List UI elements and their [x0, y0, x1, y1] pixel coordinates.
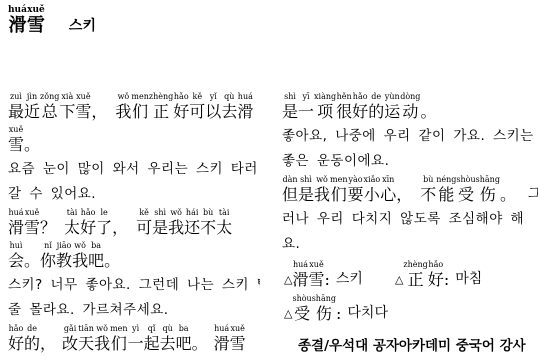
character-text: 教 [56, 250, 72, 271]
hanzi-with-pinyin: yào要 [348, 175, 364, 205]
character-text: 们 [330, 184, 347, 205]
punctuation: ， [40, 324, 56, 354]
character-text: 不 [420, 184, 436, 205]
hanzi-with-pinyin: nǐ你 [40, 241, 56, 271]
hanzi-with-pinyin: wǒ我 [115, 92, 131, 122]
punctuation: 。 [500, 175, 516, 205]
pinyin-annotation: huá [292, 260, 308, 269]
hanzi-with-pinyin: zuì最 [8, 92, 24, 122]
triangle-bullet-icon: △ [284, 294, 292, 324]
character-text: 动 [400, 101, 420, 122]
character-text: 伤 [312, 303, 336, 324]
pinyin-annotation: jiāo [56, 241, 72, 250]
character-text: 我 [94, 333, 110, 354]
pinyin-annotation: de [368, 92, 384, 101]
pinyin-annotation: xià [59, 92, 75, 101]
right-column: shì是yī一xiàng项hěn很hǎo好de的yùn运dòng动 。좋아요, … [282, 92, 538, 357]
pinyin-annotation: qù [221, 92, 237, 101]
character-text: 我 [168, 217, 184, 238]
two-column-text: zuì最jìn近zǒng总xià下xuě雪 ，wǒ我men们zhèng正hǎo好… [8, 92, 538, 357]
hanzi-with-pinyin: xuě雪 [8, 125, 24, 155]
character-text: 是 [298, 184, 314, 205]
character-text: 受 [292, 303, 311, 324]
chinese-line-2: xuě雪 。 [8, 125, 260, 155]
character-text: 雪 [27, 15, 45, 37]
pinyin-annotation: kě [189, 92, 205, 101]
pinyin-annotation: zhèng [149, 92, 173, 101]
character-text: 雪 [308, 269, 324, 290]
pinyin-annotation: dòng [400, 92, 420, 101]
character-text: 会 [8, 250, 24, 271]
pinyin-annotation [192, 324, 208, 333]
pinyin-annotation [444, 260, 449, 269]
pinyin-annotation: ba [88, 241, 104, 250]
character-text: 雪 [230, 333, 246, 354]
pinyin-annotation [24, 125, 40, 134]
hanzi-with-pinyin: wǒ我 [314, 175, 330, 205]
character-text: 太 [64, 217, 80, 238]
character-text: 近 [24, 101, 40, 122]
pinyin-annotation: hái [184, 208, 200, 217]
korean-text: 그 [528, 175, 538, 205]
vocab-line-2: △shòu受shāng伤 : 다치다 [282, 294, 538, 324]
character-text: 。 [24, 134, 40, 155]
pinyin-annotation: qǐ [144, 324, 160, 333]
hanzi-with-pinyin: hǎo好 [80, 208, 96, 238]
pinyin-annotation: yǐ [205, 92, 221, 101]
punctuation: 。 [24, 125, 40, 155]
hanzi-with-pinyin: zǒng总 [40, 92, 59, 122]
character-text: 不 [200, 217, 216, 238]
character-text: 好 [8, 333, 24, 354]
korean-line-3: 스키? 너무 좋아요. 그런데 나는 스키 탈 [8, 274, 260, 297]
character-text: 总 [40, 101, 59, 122]
hanzi-with-pinyin: hǎo好 [352, 92, 368, 122]
korean-line-8: 요. [282, 233, 538, 256]
hanzi-with-pinyin: hǎo好 [8, 324, 24, 354]
pinyin-annotation: gǎi [62, 324, 78, 333]
hanzi-with-pinyin: bù不 [420, 175, 436, 205]
hanzi-with-pinyin: xiǎo小 [364, 175, 381, 205]
character-text: 以 [205, 101, 221, 122]
pinyin-annotation [69, 5, 96, 15]
pinyin-annotation: wǒ [115, 92, 131, 101]
character-text: ， [396, 184, 412, 205]
pinyin-annotation [112, 208, 128, 217]
character-text: : [336, 303, 341, 324]
character-text: : [325, 269, 330, 290]
pinyin-annotation [500, 175, 516, 184]
hanzi-with-pinyin: men们 [330, 175, 347, 205]
pinyin-annotation: xuě [75, 92, 91, 101]
hanzi-with-pinyin: tài太 [64, 208, 80, 238]
character-text: 我 [314, 184, 330, 205]
character-text: 滑 [214, 333, 230, 354]
pinyin-annotation: zhèng [403, 260, 427, 269]
pinyin-annotation: qù [160, 324, 176, 333]
character-text: 去 [221, 101, 237, 122]
pinyin-annotation: hěn [336, 92, 352, 101]
punctuation: 。 [420, 92, 436, 122]
pinyin-annotation: wǒ [314, 175, 330, 184]
character-text: 可 [189, 101, 205, 122]
left-column: zuì最jìn近zǒng总xià下xuě雪 ，wǒ我men们zhèng正hǎo好… [8, 92, 260, 357]
pinyin-annotation: hǎo [80, 208, 96, 217]
character-text: 。 [500, 184, 516, 205]
pinyin-annotation: zǒng [40, 92, 59, 101]
pinyin-annotation: hǎo [428, 260, 444, 269]
character-text: 好 [428, 269, 444, 290]
hanzi-with-pinyin: tài太 [216, 208, 232, 238]
lesson-title: huá滑xuě雪 스키 [8, 5, 96, 37]
pinyin-annotation [40, 208, 56, 217]
character-text: 一 [128, 333, 144, 354]
pinyin-annotation: xuě [8, 125, 24, 134]
pinyin-annotation: shòu [292, 294, 311, 303]
hanzi-with-pinyin: wǒ我 [94, 324, 110, 354]
hanzi-with-pinyin: wǒ我 [72, 241, 88, 271]
hanzi-with-pinyin: de的 [24, 324, 40, 354]
pinyin-annotation [396, 175, 412, 184]
hanzi-with-pinyin: qù去 [160, 324, 176, 354]
pinyin-annotation: yì [128, 324, 144, 333]
character-text: 一 [298, 101, 314, 122]
pinyin-annotation: xuě [230, 324, 246, 333]
hanzi-with-pinyin: men们 [131, 92, 148, 122]
pinyin-annotation: xīn [380, 175, 396, 184]
character-text: 还 [184, 217, 200, 238]
hanzi-with-pinyin: xià下 [59, 92, 75, 122]
character-text: 受 [456, 184, 475, 205]
korean-line-7: 러나 우리 다치지 않도록 조심해야 해 [282, 208, 538, 231]
character-text: 正 [403, 269, 427, 290]
punctuation: : [444, 260, 449, 290]
pinyin-annotation: yī [298, 92, 314, 101]
pinyin-annotation: shì [298, 175, 314, 184]
hanzi-with-pinyin: shòu受 [292, 294, 311, 324]
hanzi-with-pinyin: zhèng正 [403, 260, 427, 290]
character-text: 项 [314, 101, 336, 122]
hanzi-with-pinyin: bù不 [200, 208, 216, 238]
pinyin-annotation: shòu [456, 175, 475, 184]
pinyin-annotation: xiàng [314, 92, 336, 101]
korean-text: 스키 [69, 5, 96, 37]
hanzi-with-pinyin: xuě雪 [75, 92, 91, 122]
character-text: 但 [282, 184, 298, 205]
pinyin-annotation: bù [420, 175, 436, 184]
character-text: 起 [144, 333, 160, 354]
character-text: 的 [368, 101, 384, 122]
chinese-line-1: zuì最jìn近zǒng总xià下xuě雪 ，wǒ我men们zhèng正hǎo好… [8, 92, 260, 122]
character-text: 很 [336, 101, 352, 122]
pinyin-annotation [40, 324, 56, 333]
pinyin-annotation: le [96, 208, 112, 217]
character-text: 。 [24, 250, 40, 271]
hanzi-with-pinyin: gǎi改 [62, 324, 78, 354]
triangle-bullet-icon: △ [284, 260, 292, 290]
pinyin-annotation: de [24, 324, 40, 333]
character-text: 스키 [336, 269, 363, 290]
pinyin-annotation [24, 241, 40, 250]
pinyin-annotation [91, 92, 107, 101]
pinyin-annotation: huá [237, 92, 253, 101]
hanzi-with-pinyin: huì会 [8, 241, 24, 271]
hanzi-with-pinyin: yùn运 [384, 92, 400, 122]
character-text: 滑 [8, 15, 27, 37]
hanzi-with-pinyin: shì是 [282, 92, 298, 122]
hanzi-with-pinyin: shāng伤 [476, 175, 500, 205]
pinyin-annotation: xuě [27, 5, 45, 15]
hanzi-with-pinyin: qǐ起 [144, 324, 160, 354]
pinyin-annotation: zuì [8, 92, 24, 101]
character-text: 要 [348, 184, 364, 205]
pinyin-annotation: hǎo [173, 92, 189, 101]
punctuation: 。 [104, 241, 120, 271]
hanzi-with-pinyin: jiāo教 [56, 241, 72, 271]
character-text: ， [112, 217, 128, 238]
character-text: 可 [136, 217, 152, 238]
hanzi-with-pinyin: kě可 [189, 92, 205, 122]
hanzi-with-pinyin: yī一 [298, 92, 314, 122]
korean-text: 다치다 [347, 294, 388, 324]
character-text: 吧 [176, 333, 192, 354]
hanzi-with-pinyin: hǎo好 [428, 260, 444, 290]
hanzi-with-pinyin: xuě雪 [24, 208, 40, 238]
hanzi-with-pinyin: tiān天 [78, 324, 94, 354]
character-text: 마침 [455, 269, 482, 290]
hanzi-with-pinyin: hái还 [184, 208, 200, 238]
pinyin-annotation: xiǎo [364, 175, 381, 184]
character-text: 好 [173, 101, 189, 122]
hanzi-with-pinyin: xuě雪 [27, 5, 45, 37]
pinyin-annotation: dàn [282, 175, 298, 184]
textbook-page: huá滑xuě雪 스키 zuì最jìn近zǒng总xià下xuě雪 ，wǒ我me… [0, 0, 540, 362]
hanzi-with-pinyin: shì是 [152, 208, 168, 238]
pinyin-annotation [395, 260, 403, 269]
character-text: 天 [78, 333, 94, 354]
character-text: 。 [420, 101, 436, 122]
hanzi-with-pinyin: kě可 [136, 208, 152, 238]
hanzi-with-pinyin: hǎo好 [173, 92, 189, 122]
pinyin-annotation: kě [136, 208, 152, 217]
pinyin-annotation [455, 260, 482, 269]
pinyin-annotation [336, 260, 363, 269]
pinyin-annotation: xuě [308, 260, 324, 269]
pinyin-annotation: tiān [78, 324, 94, 333]
hanzi-with-pinyin: wǒ我 [168, 208, 184, 238]
character-text: 们 [110, 333, 127, 354]
character-text: 去 [160, 333, 176, 354]
character-text: 是 [152, 217, 168, 238]
hanzi-with-pinyin: huá滑 [8, 208, 24, 238]
pinyin-annotation: jìn [24, 92, 40, 101]
character-text: 下 [59, 101, 75, 122]
pinyin-annotation [284, 294, 292, 303]
character-text: 滑 [8, 217, 24, 238]
hanzi-with-pinyin: xiàng项 [314, 92, 336, 122]
pinyin-annotation: huá [8, 5, 27, 15]
pinyin-annotation: wǒ [72, 241, 88, 250]
character-text: 吧 [88, 250, 104, 271]
character-text: 滑 [237, 101, 253, 122]
hanzi-with-pinyin: xīn心 [380, 175, 396, 205]
punctuation: : [325, 260, 330, 290]
character-text: 我 [115, 101, 131, 122]
pinyin-annotation: shāng [312, 294, 336, 303]
pinyin-annotation: shì [282, 92, 298, 101]
character-text: 正 [149, 101, 173, 122]
character-text: 改 [62, 333, 78, 354]
triangle-bullet-icon: △ [395, 260, 403, 290]
chinese-line-7: dàn但shì是wǒ我men们yào要xiǎo小xīn心 ，bù不néng能sh… [282, 175, 538, 205]
character-text: 是 [282, 101, 298, 122]
character-text: 最 [8, 101, 24, 122]
pinyin-annotation: shì [152, 208, 168, 217]
hanzi-with-pinyin: shòu受 [456, 175, 475, 205]
punctuation: ， [396, 175, 412, 205]
pinyin-annotation: xuě [24, 208, 40, 217]
pinyin-annotation: huá [214, 324, 230, 333]
punctuation: : [336, 294, 341, 324]
pinyin-annotation [347, 294, 388, 303]
hanzi-with-pinyin: xuě雪 [230, 324, 246, 354]
hanzi-with-pinyin: huá滑 [8, 5, 27, 37]
character-text: 能 [436, 184, 456, 205]
character-text: 心 [380, 184, 396, 205]
pinyin-annotation: wǒ [94, 324, 110, 333]
character-text: 。 [192, 333, 208, 354]
hanzi-with-pinyin: ba吧 [88, 241, 104, 271]
character-text: 雪 [24, 217, 40, 238]
pinyin-annotation: men [330, 175, 347, 184]
korean-line-6: 좋은 운동이에요. [282, 150, 538, 173]
character-text: 们 [131, 101, 148, 122]
chinese-line-6: shì是yī一xiàng项hěn很hǎo好de的yùn运dòng动 。 [282, 92, 538, 122]
hanzi-with-pinyin: dàn但 [282, 175, 298, 205]
credit-line: 종결/우석대 공자아카데미 중국어 강사 [298, 334, 526, 354]
hanzi-with-pinyin: de的 [368, 92, 384, 122]
character-text: 滑 [292, 269, 308, 290]
character-text: ？ [40, 217, 56, 238]
pinyin-annotation: ba [176, 324, 192, 333]
hanzi-with-pinyin: qù去 [221, 92, 237, 122]
hanzi-with-pinyin: huá滑 [237, 92, 253, 122]
hanzi-with-pinyin: xuě雪 [308, 260, 324, 290]
pinyin-annotation: yùn [384, 92, 400, 101]
punctuation: ？ [40, 208, 56, 238]
punctuation: ， [112, 208, 128, 238]
pinyin-annotation: shāng [476, 175, 500, 184]
pinyin-annotation [104, 241, 120, 250]
punctuation: 。 [192, 324, 208, 354]
hanzi-with-pinyin: huá滑 [214, 324, 230, 354]
pinyin-annotation [528, 175, 538, 184]
korean-line-5: 좋아요, 나중에 우리 같이 가요. 스키는 참 [282, 125, 538, 148]
pinyin-annotation: yào [348, 175, 364, 184]
hanzi-with-pinyin: le了 [96, 208, 112, 238]
hanzi-with-pinyin: men们 [110, 324, 127, 354]
pinyin-annotation [325, 260, 330, 269]
hanzi-with-pinyin: yì一 [128, 324, 144, 354]
character-text: 的 [24, 333, 40, 354]
character-text: 小 [364, 184, 381, 205]
character-text: ， [91, 101, 107, 122]
pinyin-annotation: néng [436, 175, 456, 184]
pinyin-annotation [420, 92, 436, 101]
pinyin-annotation [284, 260, 292, 269]
korean-line-4: 줄 몰라요. 가르쳐주세요. [8, 299, 260, 322]
vocab-line-1: △huá滑xuě雪 : 스키 △zhèng正hǎo好 : 마침 [282, 260, 538, 290]
hanzi-with-pinyin: zhèng正 [149, 92, 173, 122]
hanzi-with-pinyin: ba吧 [176, 324, 192, 354]
character-text: 你 [40, 250, 56, 271]
punctuation: ， [91, 92, 107, 122]
character-text: 好 [80, 217, 96, 238]
pinyin-annotation: hǎo [352, 92, 368, 101]
chinese-line-3: huá滑xuě雪 ？tài太hǎo好le了 ，kě可shì是wǒ我hái还bù不… [8, 208, 260, 238]
hanzi-with-pinyin: hěn很 [336, 92, 352, 122]
hanzi-with-pinyin: shì是 [298, 175, 314, 205]
character-text: 运 [384, 101, 400, 122]
character-text: △ [284, 269, 292, 290]
hanzi-with-pinyin: dòng动 [400, 92, 420, 122]
character-text: 好 [352, 101, 368, 122]
character-text: 我 [72, 250, 88, 271]
pinyin-annotation: hǎo [8, 324, 24, 333]
hanzi-with-pinyin: néng能 [436, 175, 456, 205]
pinyin-annotation: tài [216, 208, 232, 217]
character-text: : [444, 269, 449, 290]
character-text: ， [40, 333, 56, 354]
hanzi-with-pinyin: yǐ以 [205, 92, 221, 122]
korean-line-2: 갈 수 있어요. [8, 183, 260, 206]
character-text: 雪 [8, 134, 24, 155]
korean-line-1: 요즘 눈이 많이 와서 우리는 스키 타러 [8, 158, 260, 181]
character-text: 그 [528, 184, 538, 205]
character-text: 雪 [75, 101, 91, 122]
pinyin-annotation: wǒ [168, 208, 184, 217]
punctuation: 。 [24, 241, 40, 271]
character-text: 伤 [476, 184, 500, 205]
character-text: 다치다 [347, 303, 388, 324]
chinese-line-4: huì会 。nǐ你jiāo教wǒ我ba吧 。 [8, 241, 260, 271]
hanzi-with-pinyin: huá滑 [292, 260, 308, 290]
character-text: 。 [104, 250, 120, 271]
korean-text: 스키 [336, 260, 363, 290]
pinyin-annotation: huì [8, 241, 24, 250]
pinyin-annotation: bù [200, 208, 216, 217]
hanzi-with-pinyin: shāng伤 [312, 294, 336, 324]
character-text: △ [284, 303, 292, 324]
hanzi-with-pinyin: jìn近 [24, 92, 40, 122]
character-text: △ [395, 269, 403, 290]
pinyin-annotation: men [131, 92, 148, 101]
korean-text: 마침 [455, 260, 482, 290]
pinyin-annotation: huá [8, 208, 24, 217]
pinyin-annotation: tài [64, 208, 80, 217]
pinyin-annotation: men [110, 324, 127, 333]
chinese-line-5: hǎo好de的 ，gǎi改tiān天wǒ我men们yì一qǐ起qù去ba吧 。h… [8, 324, 260, 354]
character-text: 스키 [69, 15, 96, 37]
pinyin-annotation [336, 294, 341, 303]
character-text: 太 [216, 217, 232, 238]
character-text: 了 [96, 217, 112, 238]
pinyin-annotation: nǐ [40, 241, 56, 250]
